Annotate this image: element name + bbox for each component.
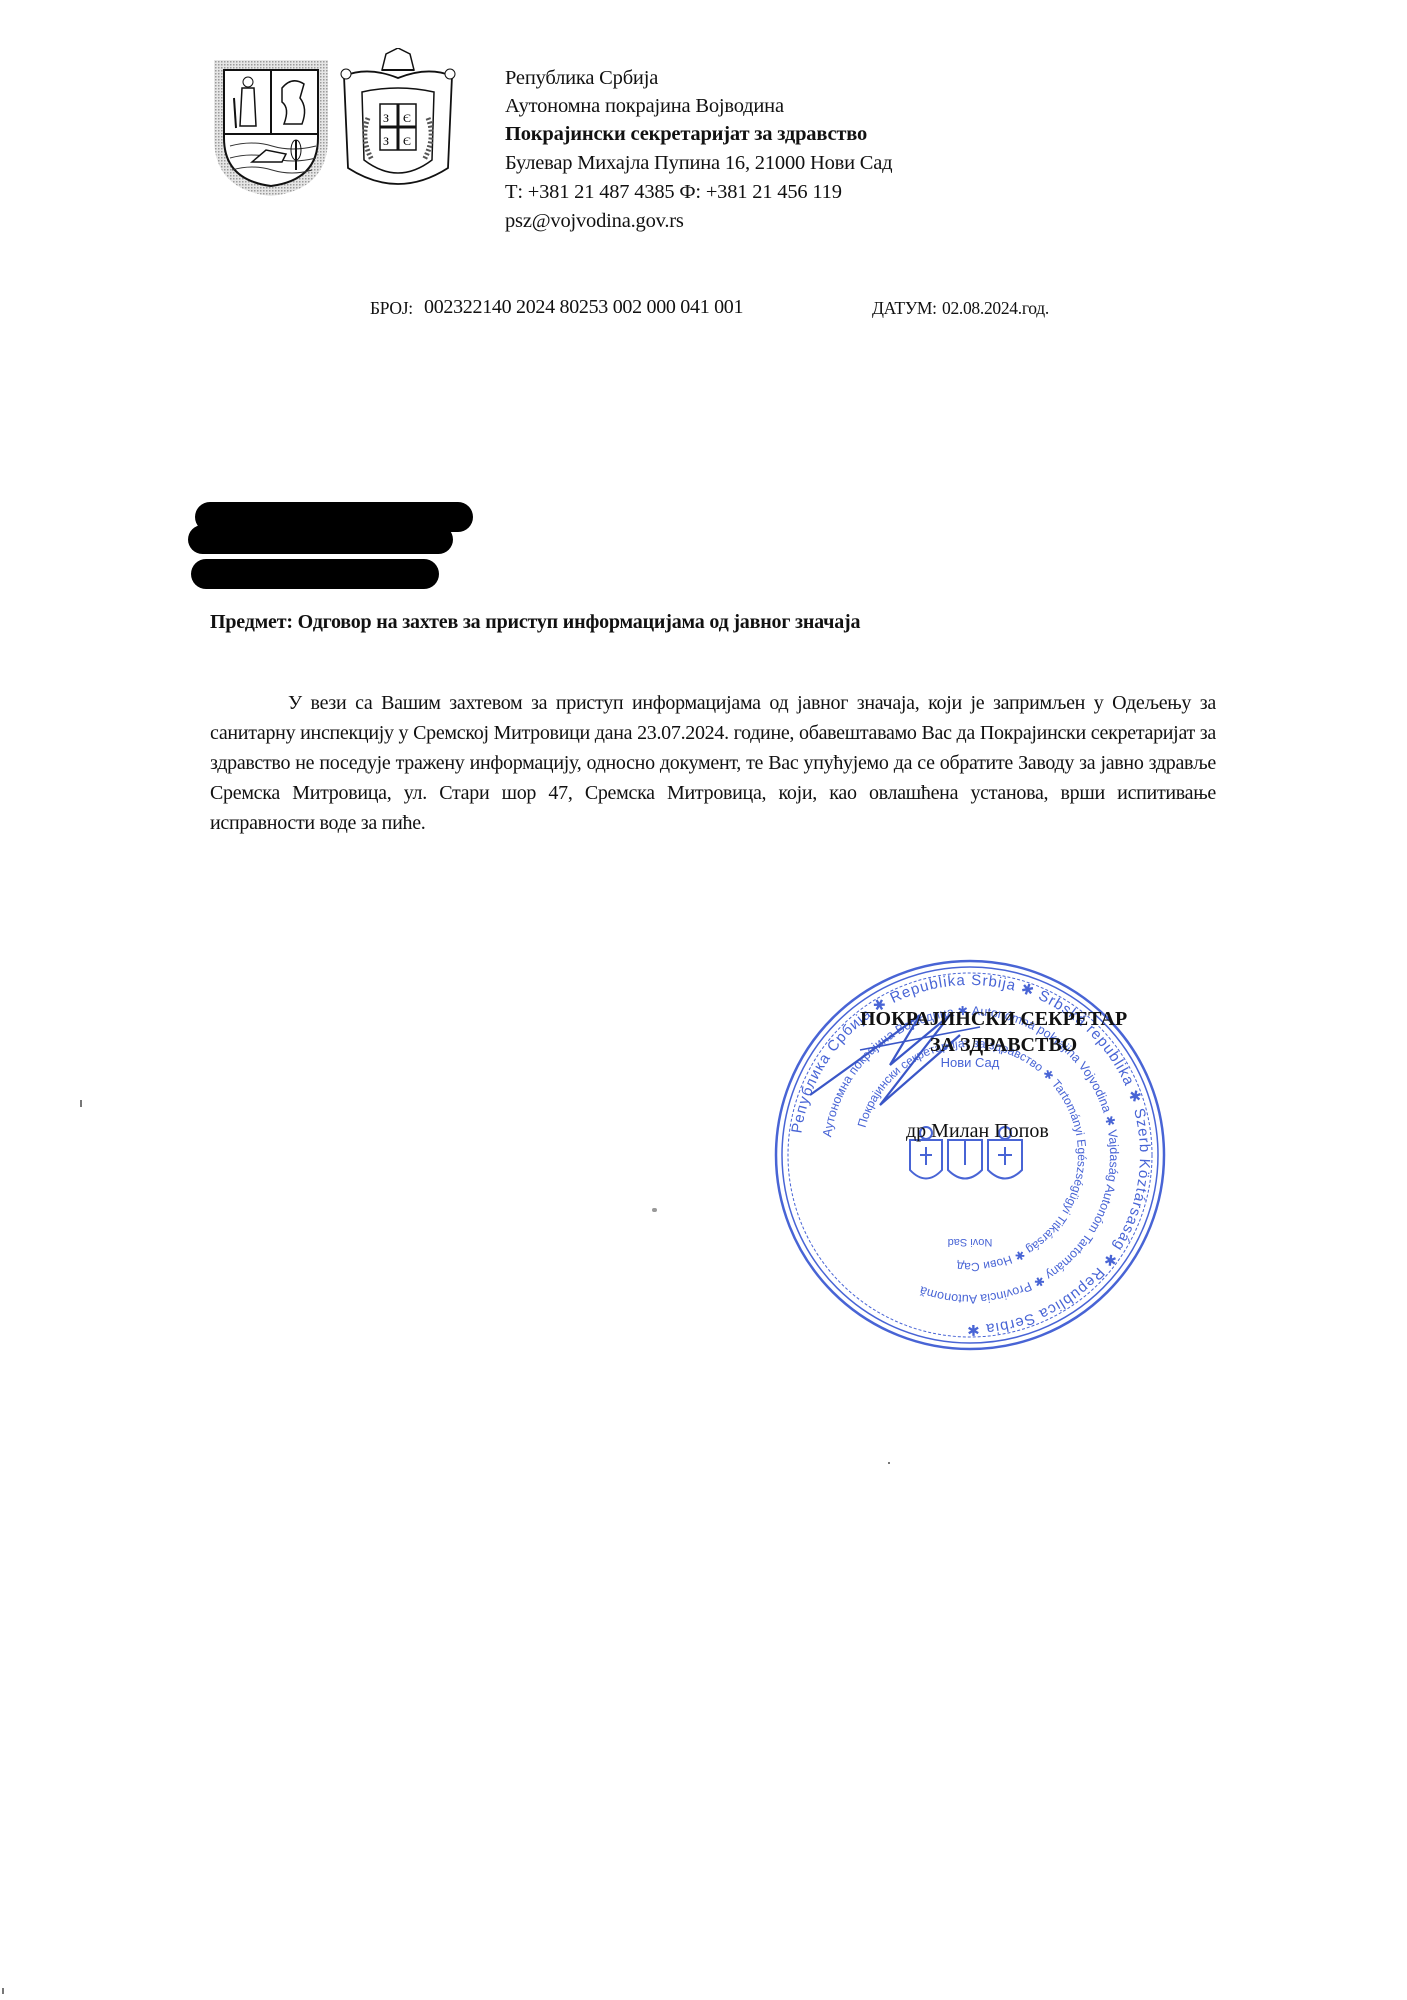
serbia-coat-of-arms-icon: З Є З Є <box>338 48 458 198</box>
signatory-title-line2: ЗА ЗДРАВСТВО <box>930 1034 1077 1057</box>
subject-line: Предмет: Одговор на захтев за приступ ин… <box>210 611 860 634</box>
scan-speck <box>2 1988 4 1994</box>
svg-text:Є: Є <box>403 134 411 148</box>
scan-speck <box>80 1100 82 1107</box>
svg-text:Novi Sad: Novi Sad <box>948 1236 993 1248</box>
svg-text:З: З <box>383 134 389 148</box>
date-label: ДАТУМ: <box>872 298 937 319</box>
header-province: Аутономна покрајина Војводина <box>505 92 784 121</box>
header-country: Република Србија <box>505 64 658 93</box>
signatory-title-line1: ПОКРАЈИНСКИ СЕКРЕТАР <box>860 1008 1127 1031</box>
vojvodina-coat-of-arms-icon <box>212 58 330 198</box>
svg-text:Є: Є <box>403 111 411 125</box>
svg-text:Нови Сад: Нови Сад <box>941 1055 1000 1070</box>
header-institution: Покрајински секретаријат за здравство <box>505 120 867 149</box>
header-phone-fax: Т: +381 21 487 4385 Ф: +381 21 456 119 <box>505 178 842 207</box>
reference-number-label: БРОЈ: <box>370 298 413 319</box>
reference-number-value: 002322140 2024 80253 002 000 041 001 <box>424 296 743 319</box>
signatory-name: др Милан Попов <box>906 1120 1049 1143</box>
date-value: 02.08.2024.год. <box>942 298 1049 319</box>
body-paragraph: У вези са Вашим захтевом за приступ инфо… <box>210 688 1216 838</box>
redaction-bar <box>191 559 439 589</box>
header-address: Булевар Михајла Пупина 16, 21000 Нови Са… <box>505 149 892 178</box>
scan-speck <box>888 1462 890 1464</box>
header-email[interactable]: psz@vojvodina.gov.rs <box>505 207 684 236</box>
svg-text:З: З <box>383 111 389 125</box>
scan-speck <box>652 1208 657 1212</box>
redaction-bar <box>188 525 453 554</box>
